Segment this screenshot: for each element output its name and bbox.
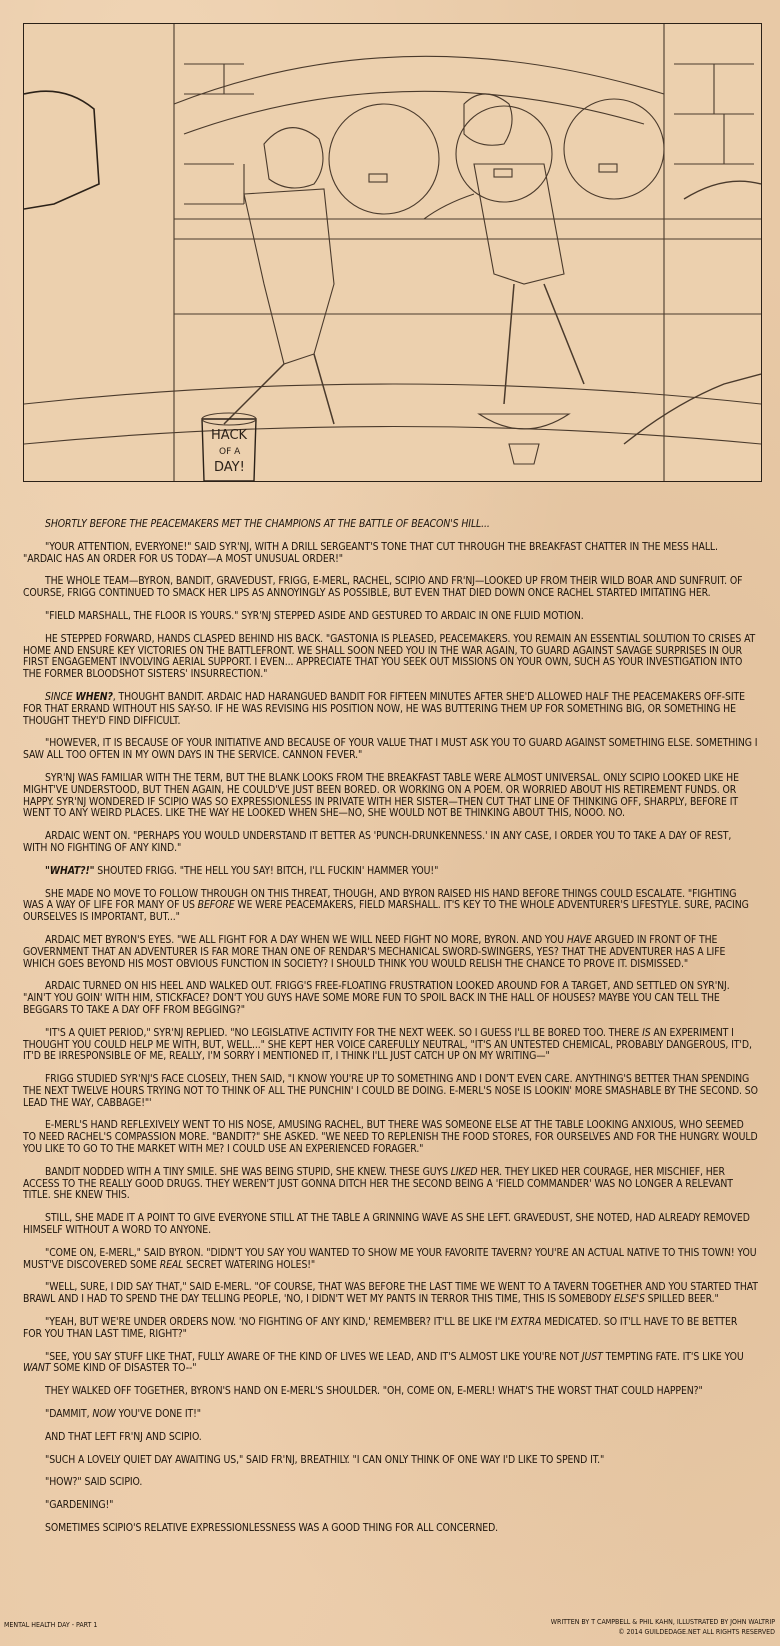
story-text: Shortly before the Peacemakers met the C…	[23, 519, 758, 1546]
story-paragraph: "See, you say stuff like that, fully awa…	[23, 1352, 758, 1376]
story-paragraph: He stepped forward, hands clasped behind…	[23, 634, 758, 681]
tavern-scene-drawing: HACK OF A DAY!	[24, 24, 761, 481]
story-paragraph: Since when?, thought Bandit. Ardaic had …	[23, 692, 758, 727]
story-paragraph: "Such a lovely quiet day awaiting us," s…	[23, 1455, 758, 1467]
story-paragraph: Bandit nodded with a tiny smile. She was…	[23, 1167, 758, 1202]
story-paragraph: "It's a quiet period," Syr'Nj replied. "…	[23, 1028, 758, 1063]
story-paragraph: "Yeah, but we're under orders now. 'No f…	[23, 1317, 758, 1341]
credits-authors: Written by T Campbell & Phil Kahn, illus…	[551, 1617, 775, 1627]
story-paragraph: "What?!" shouted Frigg. "The hell you sa…	[23, 866, 758, 878]
story-paragraph: "How?" said Scipio.	[23, 1477, 758, 1489]
story-paragraph: Still, she made it a point to give every…	[23, 1213, 758, 1237]
story-paragraph: E-Merl's hand reflexively went to his no…	[23, 1120, 758, 1155]
copyright: © 2014 GuildeDage.net All Rights Reserve…	[551, 1627, 775, 1637]
comic-panel-illustration: HACK OF A DAY!	[23, 23, 762, 482]
story-paragraph: "Gardening!"	[23, 1500, 758, 1512]
story-paragraph: "Your attention, everyone!" said Syr'Nj,…	[23, 542, 758, 566]
story-paragraph: She made no move to follow through on th…	[23, 889, 758, 924]
story-paragraph: Shortly before the Peacemakers met the C…	[23, 519, 758, 531]
story-paragraph: Sometimes Scipio's relative expressionle…	[23, 1523, 758, 1535]
story-paragraph: "Field Marshall, the floor is yours." Sy…	[23, 611, 758, 623]
story-paragraph: And that left Fr'Nj and Scipio.	[23, 1432, 758, 1444]
mug-label-line-2: OF A	[219, 447, 241, 457]
mug-label-line-3: DAY!	[214, 460, 245, 475]
story-paragraph: They walked off together, Byron's hand o…	[23, 1386, 758, 1398]
story-paragraph: "However, it is because of your initiati…	[23, 738, 758, 762]
story-paragraph: "Come on, E-Merl," said Byron. "Didn't y…	[23, 1248, 758, 1272]
story-paragraph: Ardaic met Byron's eyes. "We all fight f…	[23, 935, 758, 970]
credits: Written by T Campbell & Phil Kahn, illus…	[551, 1617, 775, 1637]
story-paragraph: "Well, sure, I did say that," said E-Mer…	[23, 1282, 758, 1306]
story-paragraph: "Dammit, now you've done it!"	[23, 1409, 758, 1421]
story-paragraph: Ardaic turned on his heel and walked out…	[23, 981, 758, 1016]
mug-label-line-1: HACK	[211, 428, 248, 443]
story-paragraph: Ardaic went on. "Perhaps you would under…	[23, 831, 758, 855]
story-paragraph: The whole team—Byron, Bandit, Gravedust,…	[23, 576, 758, 600]
story-paragraph: Syr'Nj was familiar with the term, but t…	[23, 773, 758, 820]
story-paragraph: Frigg studied Syr'Nj's face closely, the…	[23, 1074, 758, 1109]
episode-title: Mental Health Day - Part 1	[4, 1621, 97, 1629]
